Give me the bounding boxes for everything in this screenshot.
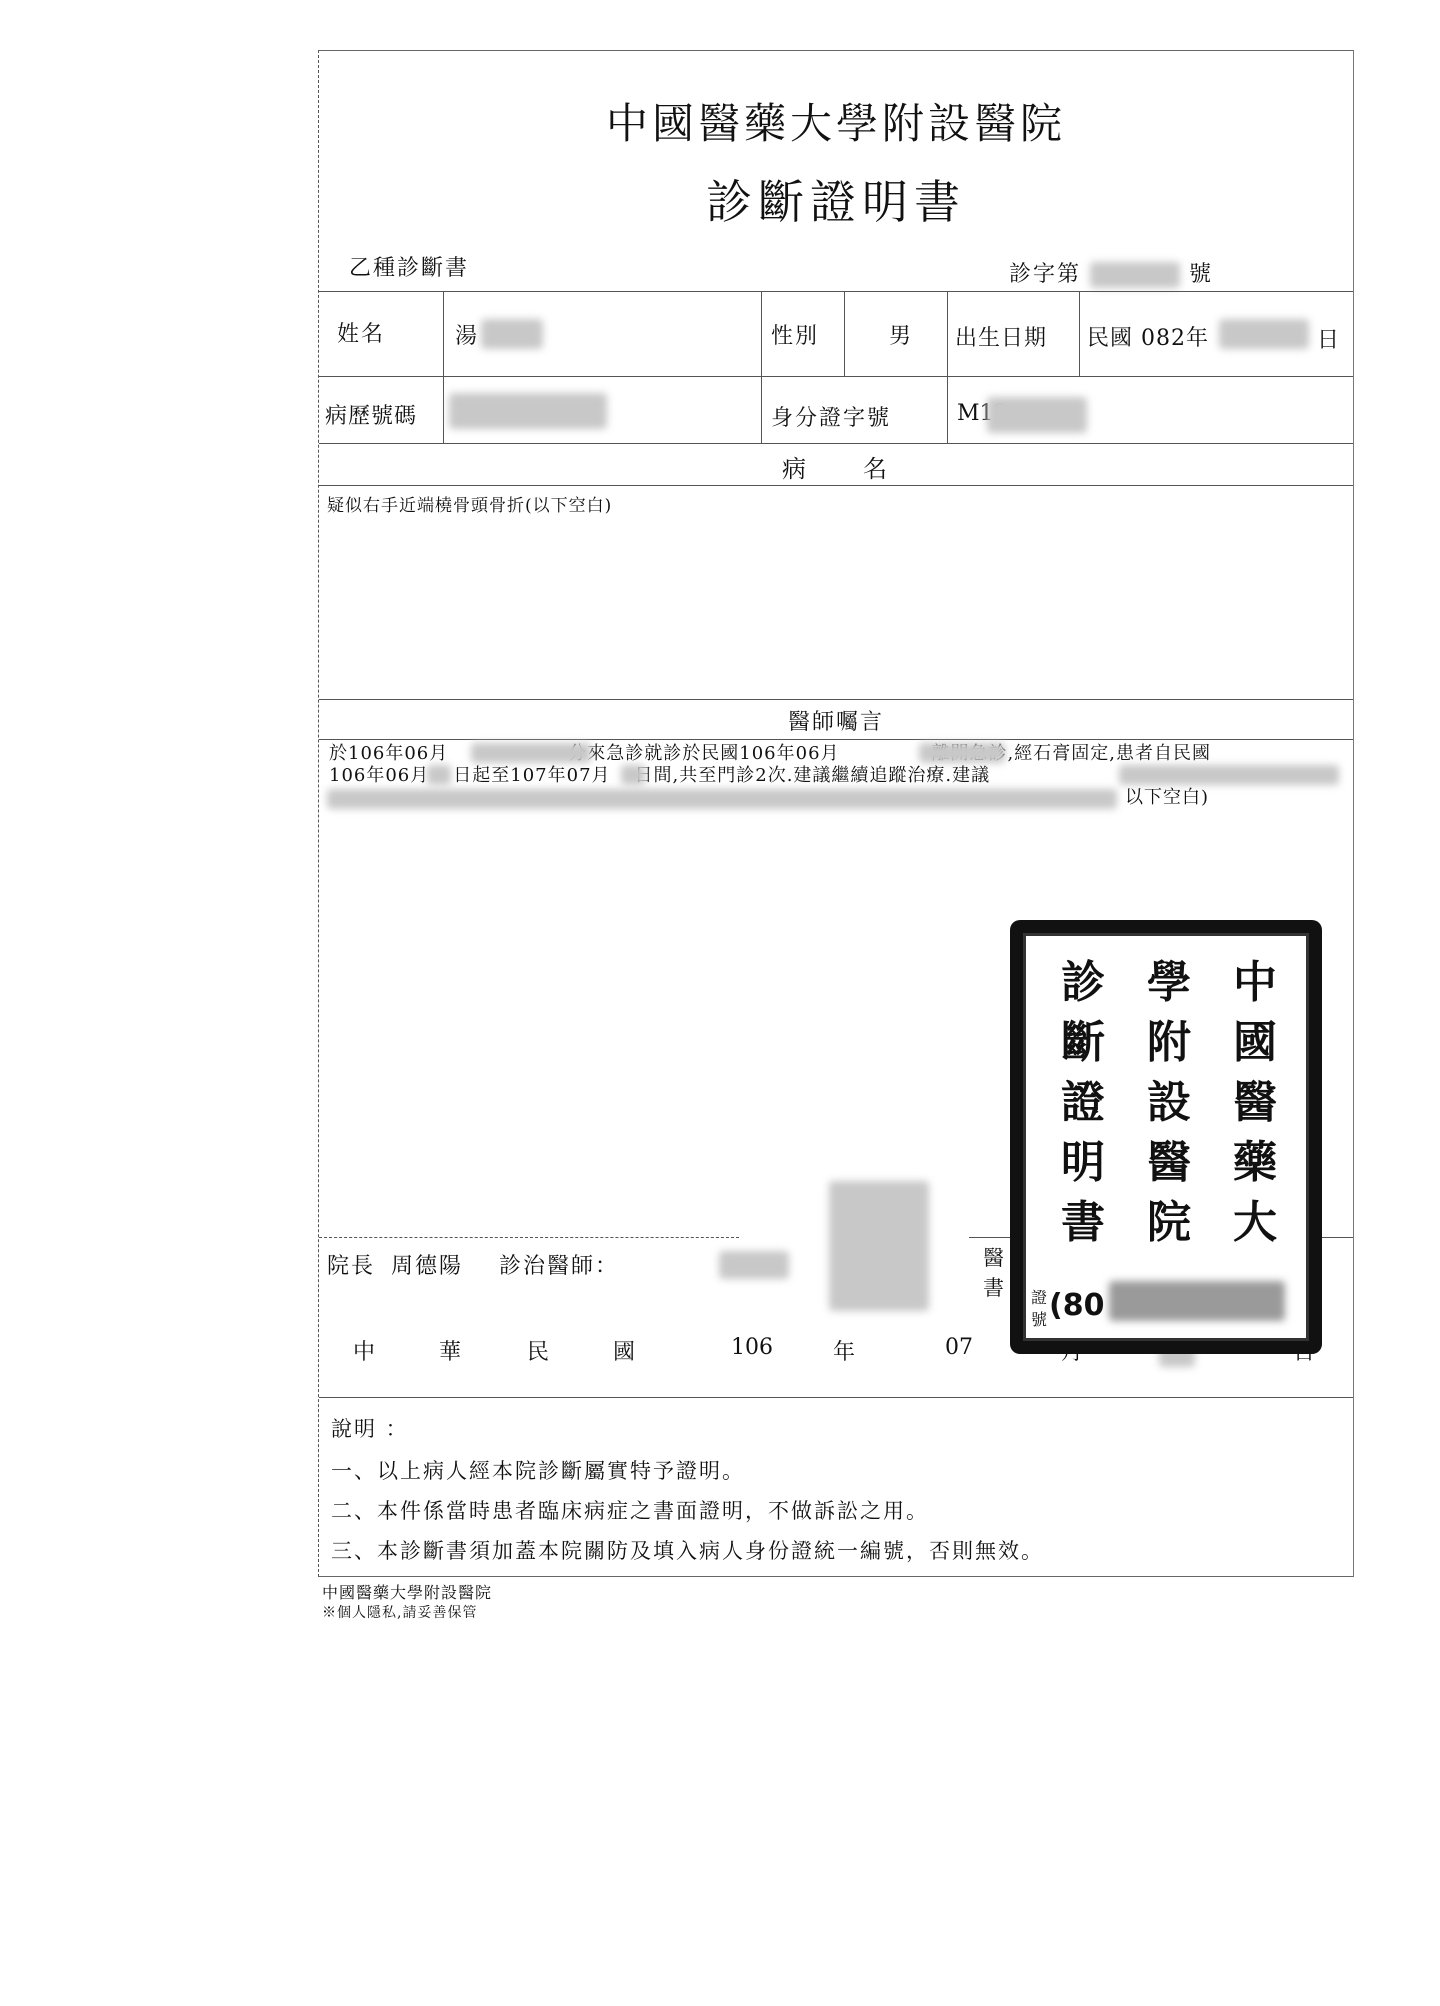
sex-label: 性別 <box>771 319 819 350</box>
cert-number-redacted <box>1090 262 1180 288</box>
id-number-label: 身分證字號 <box>771 401 891 432</box>
doctor-signature-redacted <box>829 1181 929 1311</box>
issue-year: 106 <box>731 1335 773 1360</box>
dob-day-label: 日 <box>1317 323 1341 354</box>
note-item: 一、以上病人經本院診斷屬實特予證明。 <box>331 1455 745 1485</box>
footer-privacy: ※個人隱私,請妥善保管 <box>322 1602 477 1622</box>
advice-text: 於106年06月分來急診就診於民國106年06月離開急診,經石膏固定,患者自民國… <box>319 743 1353 823</box>
dob-redacted <box>1219 319 1309 349</box>
advice-heading: 醫師囑言 <box>319 705 1353 736</box>
director-label: 院長 <box>327 1249 375 1280</box>
cert-number-suffix: 號 <box>1189 262 1213 287</box>
form-type: 乙種診斷書 <box>349 251 469 282</box>
license-number-redacted <box>1109 1281 1285 1321</box>
issue-month: 07 <box>945 1335 973 1360</box>
doctor-label: 診治醫師： <box>499 1249 619 1280</box>
sex-value: 男 <box>889 319 913 350</box>
name-label: 姓名 <box>337 317 385 348</box>
note-item: 二、本件係當時患者臨床病症之書面證明，不做訴訟之用。 <box>331 1495 929 1525</box>
document-title: 診斷證明書 <box>319 166 1353 232</box>
director-name: 周德陽 <box>391 1249 463 1280</box>
name-value: 湯 <box>455 319 479 350</box>
dob-label: 出生日期 <box>955 321 1047 352</box>
dob-value: 民國 082年 <box>1087 321 1209 352</box>
hospital-name: 中國醫藥大學附設醫院 <box>319 91 1353 151</box>
note-item: 三、本診斷書須加蓋本院關防及填入病人身份證統一編號，否則無效。 <box>331 1535 1044 1565</box>
diagnosis-text: 疑似右手近端橈骨頭骨折(以下空白) <box>327 491 612 516</box>
chart-number-redacted <box>449 393 607 429</box>
footer-hospital: 中國醫藥大學附設醫院 <box>322 1580 492 1603</box>
cert-number-prefix: 診字第 <box>1009 262 1081 287</box>
chart-number-label: 病歷號碼 <box>325 399 417 430</box>
official-seal: 中國醫藥大 學附設醫院 診斷證明書 證號 (80 <box>1010 920 1322 1354</box>
license-label-2: 證號 <box>1031 1287 1049 1331</box>
name-redacted <box>481 319 543 349</box>
license-label: 醫書 <box>983 1243 1005 1303</box>
id-number-redacted <box>987 397 1087 433</box>
advice-redacted <box>327 789 1117 809</box>
cert-number: 診字第 號 <box>1009 257 1213 288</box>
notes-heading: 說明 ： <box>331 1413 409 1443</box>
license-number: (80 <box>1049 1288 1104 1323</box>
doctor-name-redacted <box>719 1251 789 1279</box>
diagnosis-heading: 病 名 <box>319 449 1353 484</box>
advice-end: 以下空白) <box>1125 787 1209 809</box>
